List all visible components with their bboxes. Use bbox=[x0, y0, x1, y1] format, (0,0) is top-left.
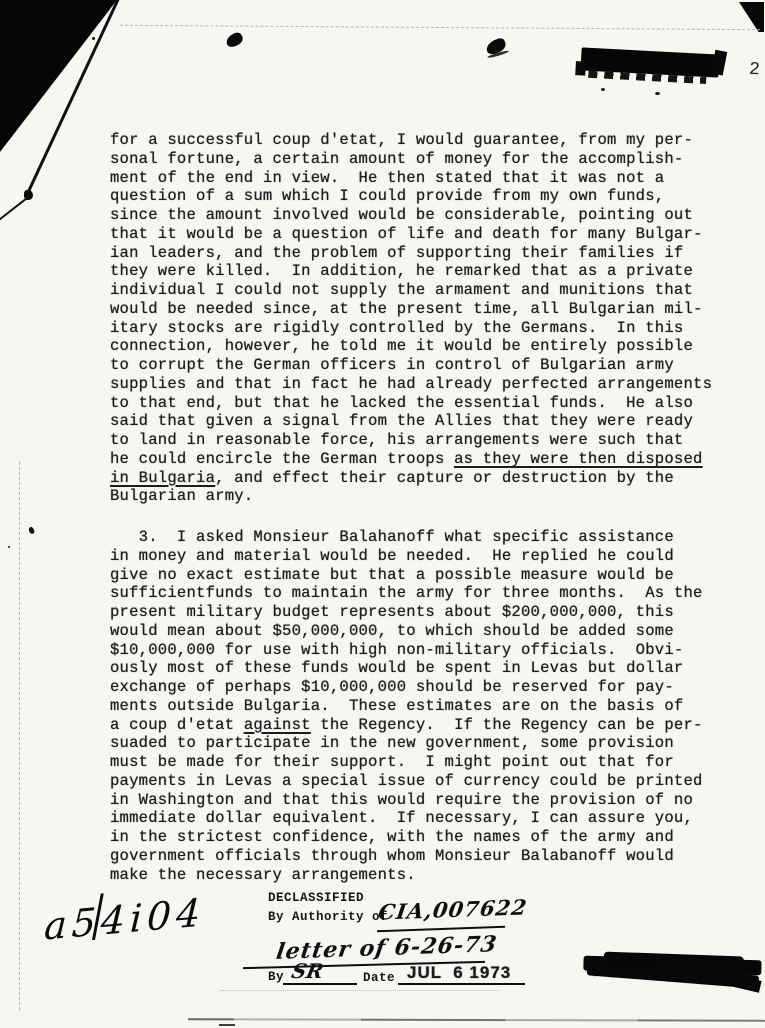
scan-speck bbox=[8, 546, 10, 548]
typewritten-line: ment of the end in view. He then stated … bbox=[110, 169, 710, 188]
typewritten-line: would mean about $50,000,000, to which s… bbox=[110, 622, 710, 641]
typewritten-line: connection, however, he told me it would… bbox=[110, 337, 710, 356]
scan-speck bbox=[92, 37, 95, 40]
typewritten-line: would be needed since, at the present ti… bbox=[110, 300, 710, 319]
typewritten-line: itary stocks are rigidly controlled by t… bbox=[110, 319, 710, 338]
scan-fold-line bbox=[120, 25, 760, 30]
typewritten-line: sonal fortune, a certain amount of money… bbox=[110, 150, 710, 169]
typewritten-line: suaded to participate in the new governm… bbox=[110, 734, 710, 753]
date-stamp-value: JUL 6 1973 bbox=[407, 963, 537, 983]
handwritten-marginalia: a54i04 bbox=[43, 889, 215, 948]
typewritten-line: a coup d'etat against the Regency. If th… bbox=[110, 716, 710, 735]
typewritten-line: exchange of perhaps $10,000,000 should b… bbox=[110, 678, 710, 697]
typewritten-line: 3. I asked Monsieur Balahanoff what spec… bbox=[110, 528, 710, 547]
underline bbox=[283, 983, 357, 985]
by-initials-handwritten: SR bbox=[289, 959, 325, 983]
typewritten-line: question of a sum which I could provide … bbox=[110, 187, 710, 206]
typewritten-line: for a successful coup d'etat, I would gu… bbox=[110, 131, 710, 150]
typewritten-line: payments in Levas a special issue of cur… bbox=[110, 772, 710, 791]
typewritten-line: present military budget represents about… bbox=[110, 603, 710, 622]
page-crease-line bbox=[0, 196, 29, 221]
typewritten-line: in money and material would be needed. H… bbox=[110, 547, 710, 566]
page-edge-line bbox=[188, 1018, 765, 1022]
authority-label: By Authority of bbox=[268, 910, 388, 924]
typewritten-line: sufficientfunds to maintain the army for… bbox=[110, 584, 710, 603]
typewritten-line: immediate dollar equivalent. If necessar… bbox=[110, 809, 710, 828]
redaction-bar bbox=[575, 61, 586, 76]
top-secret-stamp-obscured: TOP SECRET bbox=[584, 947, 762, 1000]
typewritten-line: to that end, but that he lacked the esse… bbox=[110, 394, 710, 413]
typewritten-line: said that given a signal from the Allies… bbox=[110, 412, 710, 431]
typewritten-line: in the strictest confidence, with the na… bbox=[110, 828, 710, 847]
scan-corner-mark bbox=[739, 2, 764, 32]
typewritten-line: in Bulgaria, and effect their capture or… bbox=[110, 469, 710, 488]
typewritten-line: supplies and that in fact he had already… bbox=[110, 375, 710, 394]
scan-speck bbox=[655, 92, 660, 95]
underline bbox=[398, 983, 525, 985]
typewritten-line: since the amount involved would be consi… bbox=[110, 206, 710, 225]
typewritten-line: $10,000,000 for use with high non-milita… bbox=[110, 641, 710, 660]
typewritten-line: he could encircle the German troops as t… bbox=[110, 450, 710, 469]
typewritten-line: must be made for their support. I might … bbox=[110, 753, 710, 772]
scanned-document-page: 2 for a successful coup d'etat, I would … bbox=[0, 0, 765, 1028]
declassified-title: DECLASSIFIED bbox=[268, 891, 364, 905]
typewritten-line: that it would be a question of life and … bbox=[110, 225, 710, 244]
typewritten-line: they were killed. In addition, he remark… bbox=[110, 262, 710, 281]
typewritten-line: government officials through whom Monsie… bbox=[110, 847, 710, 866]
by-label: By bbox=[268, 970, 284, 984]
paragraph-3: 3. I asked Monsieur Balahanoff what spec… bbox=[110, 528, 710, 884]
typewritten-line: ously most of these funds would be spent… bbox=[110, 659, 710, 678]
paragraph-continuation: for a successful coup d'etat, I would gu… bbox=[110, 131, 710, 506]
authority-value-handwritten: CIA,007622 bbox=[377, 894, 529, 924]
ink-spot bbox=[224, 31, 245, 50]
redacted-classification-stamp bbox=[578, 45, 721, 79]
typewritten-line: to corrupt the German officers in contro… bbox=[110, 356, 710, 375]
typewritten-line: to land in reasonable force, his arrange… bbox=[110, 431, 710, 450]
document-body: for a successful coup d'etat, I would gu… bbox=[110, 131, 710, 884]
typewritten-line: individual I could not supply the armame… bbox=[110, 281, 710, 300]
typewritten-line: give no exact estimate but that a possib… bbox=[110, 566, 710, 585]
typewritten-line: ments outside Bulgaria. These estimates … bbox=[110, 697, 710, 716]
date-label: Date bbox=[363, 971, 395, 985]
typewritten-line: make the necessary arrangements. bbox=[110, 866, 710, 885]
typewritten-line: ian leaders, and the problem of supporti… bbox=[110, 244, 710, 263]
page-edge-tick bbox=[219, 1024, 235, 1026]
ink-spot bbox=[28, 526, 36, 535]
page-edge-dotted-line bbox=[19, 462, 20, 1010]
page-number: 2 bbox=[748, 60, 760, 81]
ink-spot bbox=[484, 37, 507, 57]
typewritten-line: in Washington and that this would requir… bbox=[110, 791, 710, 810]
ink-spot bbox=[24, 190, 33, 200]
typewritten-line: Bulgarian army. bbox=[110, 487, 710, 506]
declassification-stamp: DECLASSIFIED By Authority of CIA,007622 … bbox=[235, 891, 575, 993]
scan-speck bbox=[601, 88, 605, 91]
